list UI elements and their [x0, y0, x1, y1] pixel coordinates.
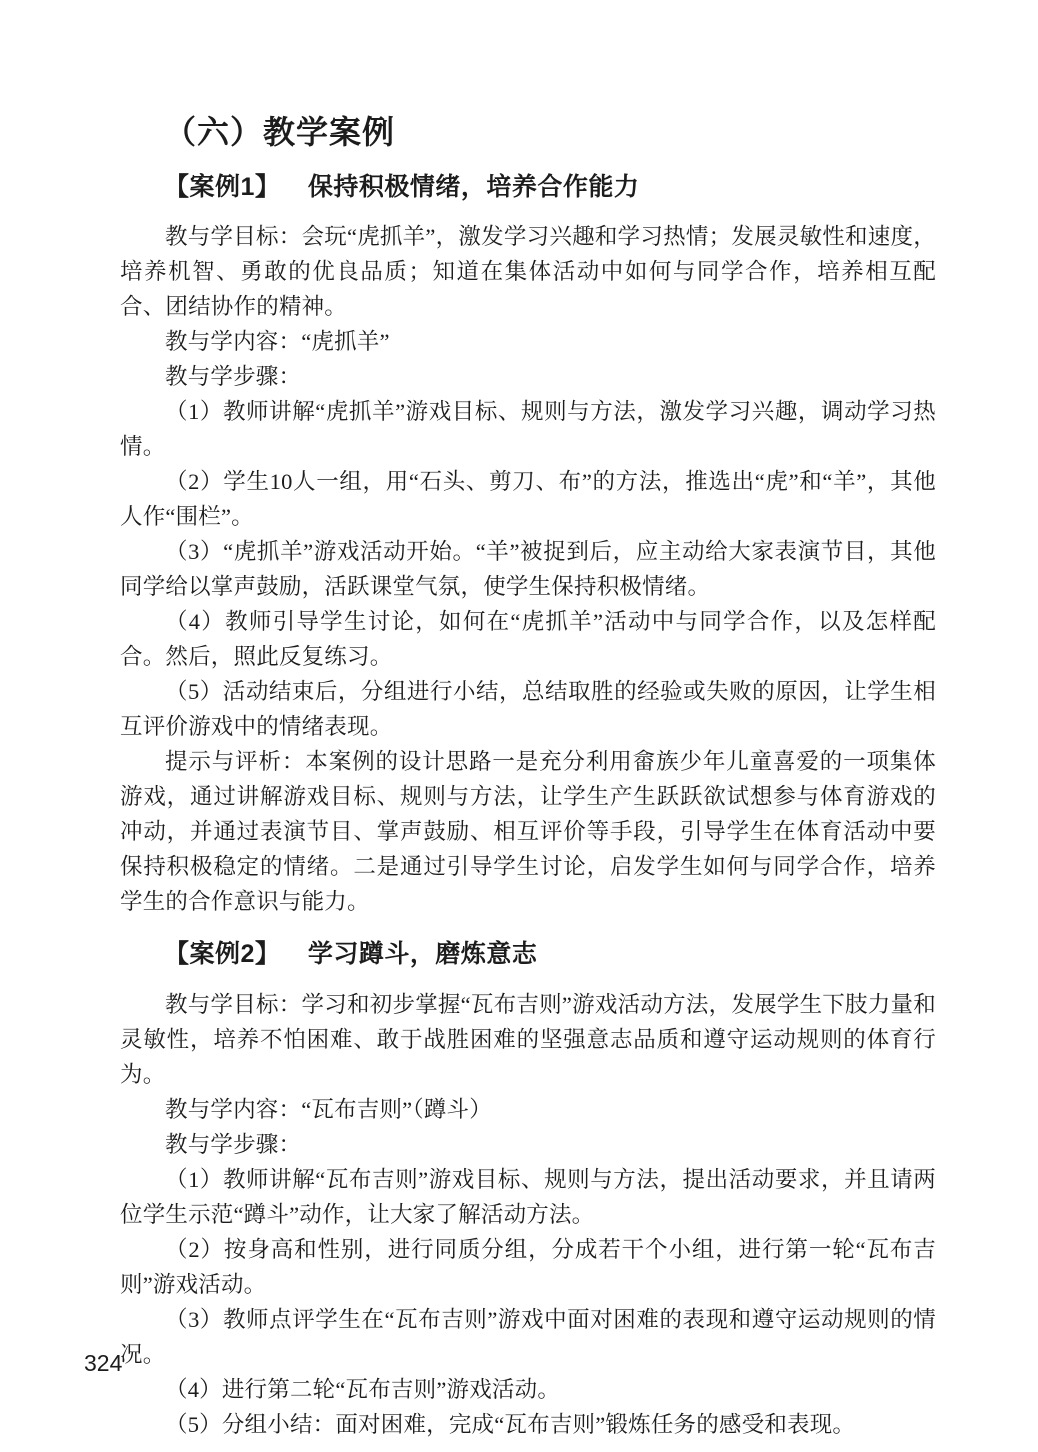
paragraph-steps-label: 教与学步骤：: [120, 1127, 936, 1162]
paragraph-step-3: （3）“虎抓羊”游戏活动开始。“羊”被捉到后，应主动给大家表演节目，其他同学给以…: [120, 534, 936, 604]
paragraph-step-3: （3）教师点评学生在“瓦布吉则”游戏中面对困难的表现和遵守运动规则的情况。: [120, 1302, 936, 1372]
paragraph-step-4: （4）进行第二轮“瓦布吉则”游戏活动。: [120, 1372, 936, 1407]
paragraph-step-5: （5）分组小结：面对困难，完成“瓦布吉则”锻炼任务的感受和表现。: [120, 1407, 936, 1442]
case-1-label: 【案例1】: [164, 173, 280, 201]
page-number: 324: [84, 1350, 122, 1377]
paragraph-step-4: （4）教师引导学生讨论，如何在“虎抓羊”活动中与同学合作，以及怎样配合。然后，照…: [120, 604, 936, 674]
paragraph-content: 教与学内容：“瓦布吉则”（蹲斗）: [120, 1092, 936, 1127]
case-1-title: 保持积极情绪，培养合作能力: [308, 173, 640, 201]
paragraph-goals: 教与学目标：会玩“虎抓羊”，激发学习兴趣和学习热情；发展灵敏性和速度，培养机智、…: [120, 219, 936, 324]
paragraph-step-1: （1）教师讲解“瓦布吉则”游戏目标、规则与方法，提出活动要求，并且请两位学生示范…: [120, 1162, 936, 1232]
paragraph-step-2: （2）按身高和性别，进行同质分组，分成若干个小组，进行第一轮“瓦布吉则”游戏活动…: [120, 1232, 936, 1302]
case-1-heading: 【案例1】保持积极情绪，培养合作能力: [164, 172, 936, 203]
paragraph-steps-label: 教与学步骤：: [120, 359, 936, 394]
case-1-section: 【案例1】保持积极情绪，培养合作能力 教与学目标：会玩“虎抓羊”，激发学习兴趣和…: [120, 172, 936, 919]
case-2-title: 学习蹲斗，磨炼意志: [308, 940, 538, 968]
paragraph-content: 教与学内容：“虎抓羊”: [120, 324, 936, 359]
paragraph-step-1: （1）教师讲解“虎抓羊”游戏目标、规则与方法，激发学习兴趣，调动学习热情。: [120, 394, 936, 464]
page-title: （六）教学案例: [164, 112, 936, 152]
paragraph-review: 提示与评析：本案例的设计思路一是充分利用畲族少年儿童喜爱的一项集体游戏，通过讲解…: [120, 744, 936, 919]
case-1-body: 教与学目标：会玩“虎抓羊”，激发学习兴趣和学习热情；发展灵敏性和速度，培养机智、…: [120, 219, 936, 919]
paragraph-step-5: （5）活动结束后，分组进行小结，总结取胜的经验或失败的原因，让学生相互评价游戏中…: [120, 674, 936, 744]
case-2-body: 教与学目标：学习和初步掌握“瓦布吉则”游戏活动方法，发展学生下肢力量和灵敏性，培…: [120, 987, 936, 1442]
case-2-label: 【案例2】: [164, 940, 280, 968]
paragraph-step-2: （2）学生10人一组，用“石头、剪刀、布”的方法，推选出“虎”和“羊”，其他人作…: [120, 464, 936, 534]
case-2-section: 【案例2】学习蹲斗，磨炼意志 教与学目标：学习和初步掌握“瓦布吉则”游戏活动方法…: [120, 939, 936, 1441]
paragraph-goals: 教与学目标：学习和初步掌握“瓦布吉则”游戏活动方法，发展学生下肢力量和灵敏性，培…: [120, 987, 936, 1092]
document-page: （六）教学案例 【案例1】保持积极情绪，培养合作能力 教与学目标：会玩“虎抓羊”…: [0, 0, 1038, 1452]
case-2-heading: 【案例2】学习蹲斗，磨炼意志: [164, 939, 936, 970]
